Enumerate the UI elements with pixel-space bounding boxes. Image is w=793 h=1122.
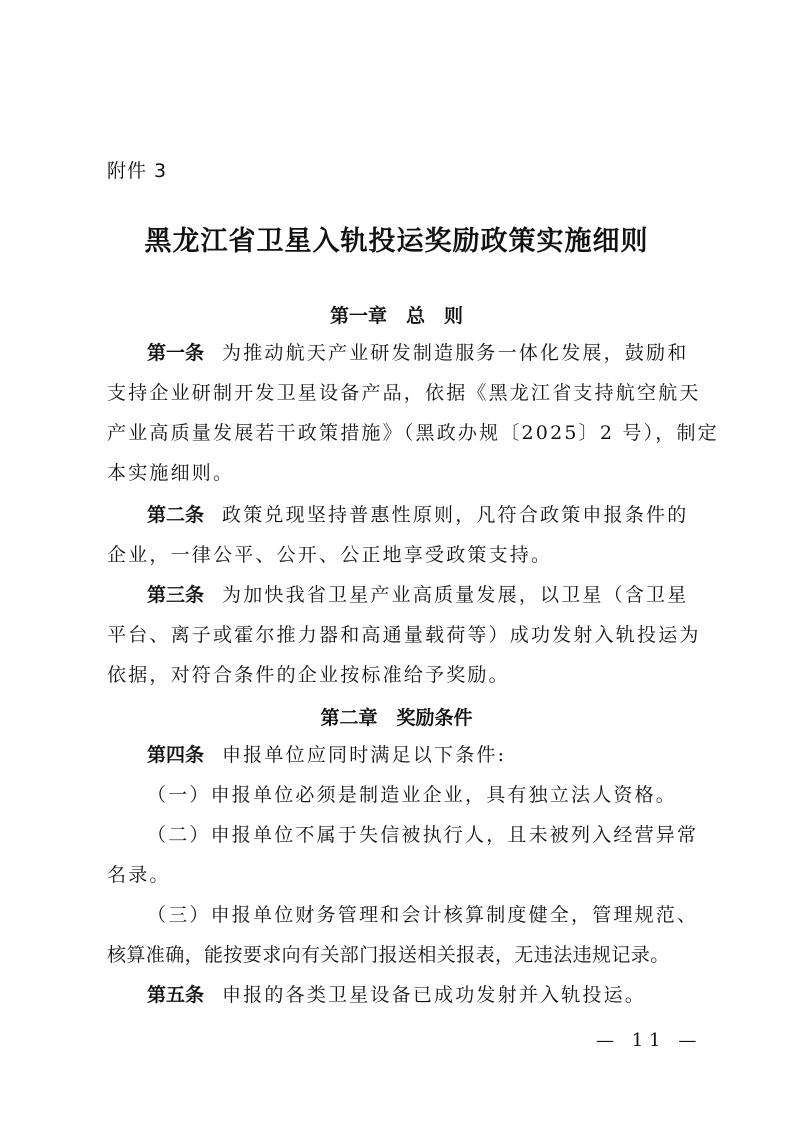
condition-3: （三）申报单位财务管理和会计核算制度健全，管理规范、 核算准确，能按要求向有关部… bbox=[107, 895, 689, 975]
article-1: 第一条为推动航天产业研发制造服务一体化发展，鼓励和 支持企业研制开发卫星设备产品… bbox=[107, 333, 689, 493]
chapter-2-heading: 第二章 奖励条件 bbox=[0, 703, 793, 730]
article-label: 第二条 bbox=[147, 504, 204, 526]
condition-2: （二）申报单位不属于失信被执行人，且未被列入经营异常 名录。 bbox=[107, 815, 689, 895]
article-5: 第五条申报的各类卫星设备已成功发射并入轨投运。 bbox=[107, 975, 689, 1015]
article-4: 第四条申报单位应同时满足以下条件: bbox=[107, 735, 689, 775]
attachment-label: 附件 3 bbox=[107, 156, 167, 183]
article-label: 第四条 bbox=[147, 744, 204, 766]
article-3: 第三条为加快我省卫星产业高质量发展，以卫星（含卫星 平台、离子或霍尔推力器和高通… bbox=[107, 575, 689, 695]
article-label: 第五条 bbox=[147, 984, 204, 1006]
page-number: — 11 — bbox=[596, 1030, 702, 1051]
condition-1: （一）申报单位必须是制造业企业，具有独立法人资格。 bbox=[107, 775, 689, 815]
chapter-1-heading: 第一章 总 则 bbox=[0, 301, 793, 328]
article-2: 第二条政策兑现坚持普惠性原则，凡符合政策申报条件的 企业，一律公平、公开、公正地… bbox=[107, 495, 689, 575]
document-title: 黑龙江省卫星入轨投运奖励政策实施细则 bbox=[0, 219, 793, 258]
article-label: 第三条 bbox=[147, 584, 204, 606]
article-label: 第一条 bbox=[147, 342, 204, 364]
